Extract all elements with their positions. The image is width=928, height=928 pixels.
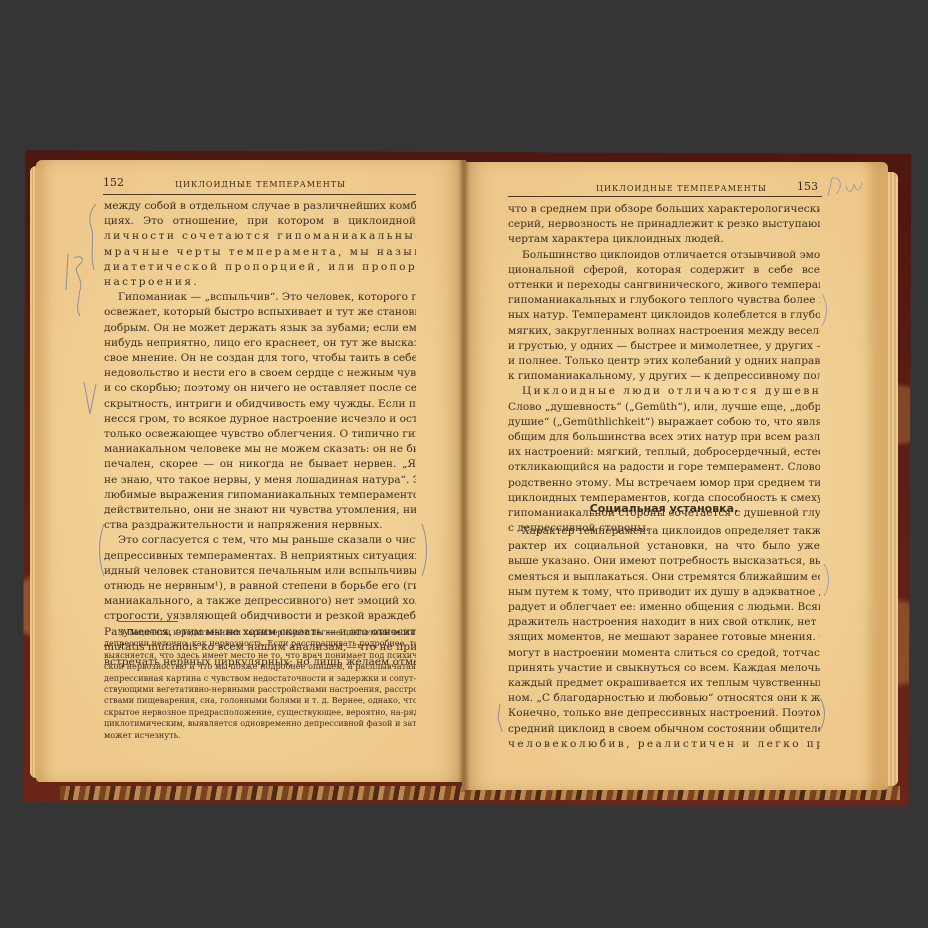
text-line: выше указано. Они имеют потребность выск… bbox=[508, 554, 820, 569]
left-page-number: 152 bbox=[103, 176, 124, 189]
text-line: Характер темперамента циклоидов определя… bbox=[508, 524, 820, 539]
section-heading: Социальная установка. bbox=[508, 502, 820, 515]
text-line: может исчезнуть. bbox=[104, 730, 416, 741]
text-line: между собой в отдельном случае в различн… bbox=[104, 199, 416, 214]
text-line: и грустью, у одних — быстрее и мимолетне… bbox=[508, 339, 820, 354]
text-line: родственно этому. Мы встречаем юмор при … bbox=[508, 476, 820, 491]
text-line: ном. „С благодарностью и любовью“ относя… bbox=[508, 691, 820, 706]
text-line: ской нервозностью и что мы позже подробн… bbox=[104, 661, 416, 672]
text-line: диатетической пропорцией, или пропорцией bbox=[104, 260, 416, 275]
text-line: маниакального, а также депрессивного) не… bbox=[104, 594, 416, 609]
text-line: и со скорбью; поэтому он ничего не остав… bbox=[104, 381, 416, 396]
left-header-rule bbox=[103, 194, 416, 195]
text-line: серий, нервозность не принадлежит к резк… bbox=[508, 217, 820, 232]
left-running-title: ЦИКЛОИДНЫЕ ТЕМПЕРАМЕНТЫ bbox=[175, 180, 346, 189]
text-line: настроения. bbox=[104, 275, 416, 290]
text-line: мягких, закругленных волнах настроения м… bbox=[508, 324, 820, 339]
right-running-title: ЦИКЛОИДНЫЕ ТЕМПЕРАМЕНТЫ bbox=[596, 184, 767, 193]
right-header-rule bbox=[508, 196, 822, 197]
text-line: ствами пищеварения, сна, головными болям… bbox=[104, 695, 416, 706]
text-line: скрытность, интриги и обидчивость ему чу… bbox=[104, 397, 416, 412]
text-line: не знаю, что такое нервы, у меня лошадин… bbox=[104, 473, 416, 488]
right-page-number: 153 bbox=[797, 180, 818, 193]
text-line: средний циклоид в своем обычном состояни… bbox=[508, 722, 820, 737]
text-line: Это согласуется с тем, что мы раньше ска… bbox=[104, 533, 416, 548]
text-line: личности сочетаются гипоманиакальные и bbox=[104, 229, 416, 244]
text-line: каждый предмет окрашивается их теплым чу… bbox=[508, 676, 820, 691]
book-gutter bbox=[458, 160, 470, 792]
right-running-head: ЦИКЛОИДНЫЕ ТЕМПЕРАМЕНТЫ 153 bbox=[508, 180, 818, 193]
text-line: ства раздражительности и напряжения нерв… bbox=[104, 518, 416, 533]
text-line: депрессивная картина с чувством недостат… bbox=[104, 673, 416, 684]
text-line: Циклоидные люди отличаются душевностью. bbox=[508, 384, 820, 399]
text-line: циональной сферой, которая содержит в се… bbox=[508, 263, 820, 278]
right-body-text: что в среднем при обзоре больших характе… bbox=[508, 202, 820, 536]
text-line: Гипоманиак — „вспыльчив“. Это человек, к… bbox=[104, 290, 416, 305]
text-line: зящих моментов, не мешают заранее готовы… bbox=[508, 630, 820, 645]
text-line: идный человек становится печальным или в… bbox=[104, 564, 416, 579]
text-line: любимые выражения гипоманиакальных темпе… bbox=[104, 488, 416, 503]
text-line: их настроений: мягкий, теплый, добросерд… bbox=[508, 445, 820, 460]
text-line: свое мнение. Он не создан для того, чтоб… bbox=[104, 351, 416, 366]
text-line: депрессивных темпераментах. В неприятных… bbox=[104, 549, 416, 564]
text-line: только освежающее чувство облегчения. О … bbox=[104, 427, 416, 442]
text-line: могут в настроении момента слиться со ср… bbox=[508, 646, 820, 661]
text-line: чертам характера циклоидных людей. bbox=[508, 232, 820, 247]
text-line: и полнее. Только центр этих колебаний у … bbox=[508, 354, 820, 369]
text-line: ствующими вегетативно-нервными расстройс… bbox=[104, 684, 416, 695]
text-line: недовольство и нести его в своем сердце … bbox=[104, 366, 416, 381]
text-line: нибудь неприятно, лицо его краснеет, он … bbox=[104, 336, 416, 351]
text-line: смеяться и выплакаться. Они стремятся бл… bbox=[508, 570, 820, 585]
text-line: человеколюбив, реалистичен и легко присп… bbox=[508, 737, 820, 752]
text-line: ных натур. Темперамент циклоидов колебле… bbox=[508, 308, 820, 323]
section-body-text: Характер темперамента циклоидов определя… bbox=[508, 524, 820, 752]
text-line: Слово „душевность“ („Gemüth“), или, лучш… bbox=[508, 400, 820, 415]
text-line: выясняется, что здесь имеет место не то,… bbox=[104, 650, 416, 661]
text-line: скрытое нервозное предрасположение, суще… bbox=[104, 707, 416, 718]
footnote-rule bbox=[118, 621, 178, 622]
text-line: Большинство циклоидов отличается отзывчи… bbox=[508, 248, 820, 263]
text-line: радует и облегчает ее: именно общения с … bbox=[508, 600, 820, 615]
text-line: общим для большинства всех этих натур пр… bbox=[508, 430, 820, 445]
text-line: действительно, они не знают ни чувства у… bbox=[104, 503, 416, 518]
text-line: строгости, уязвляющей обидчивости и резк… bbox=[104, 609, 416, 624]
text-line: циклотимическим, выявляется одновременно… bbox=[104, 718, 416, 729]
text-line: маниакальном человеке мы не можем сказат… bbox=[104, 442, 416, 457]
text-line: печален, скорее — он никогда не бывает н… bbox=[104, 457, 416, 472]
text-line: отнюдь не нервным¹), в равной степени в … bbox=[104, 579, 416, 594]
text-line: рактер их социальной установки, на что б… bbox=[508, 539, 820, 554]
text-line: оттенки и переходы сангвинического, живо… bbox=[508, 278, 820, 293]
text-line: что в среднем при обзоре больших характе… bbox=[508, 202, 820, 217]
text-line: душие“ („Gemüthlichkeit“) выражает собою… bbox=[508, 415, 820, 430]
text-line: мрачные черты темперамента, мы называем bbox=[104, 245, 416, 260]
text-line: к гипоманиакальному, у других — к депрес… bbox=[508, 369, 820, 384]
left-running-head: 152 ЦИКЛОИДНЫЕ ТЕМПЕРАМЕНТЫ bbox=[103, 176, 416, 189]
text-line: откликающийся на радости и горе темперам… bbox=[508, 460, 820, 475]
footnote-text: ¹) Пациенты и родственники характеризуют… bbox=[104, 627, 416, 741]
text-line: несся гром, то всякое дурное настроение … bbox=[104, 412, 416, 427]
text-line: ¹) Пациенты и родственники характеризуют… bbox=[104, 627, 416, 638]
text-line: ным путем к тому, что приводит их душу в… bbox=[508, 585, 820, 600]
text-line: добрым. Он не может держать язык за зуба… bbox=[104, 321, 416, 336]
text-line: принять участие и свыкнуться со всем. Ка… bbox=[508, 661, 820, 676]
text-line: депрессии неточно, как нервозность. Если… bbox=[104, 638, 416, 649]
text-line: Конечно, только вне депрессивных настрое… bbox=[508, 706, 820, 721]
text-line: циях. Это отношение, при котором в цикло… bbox=[104, 214, 416, 229]
text-line: освежает, который быстро вспыхивает и ту… bbox=[104, 305, 416, 320]
text-line: гипоманиакальных и глубокого теплого чув… bbox=[508, 293, 820, 308]
text-line: дражитель настроения находит в них свой … bbox=[508, 615, 820, 630]
left-body-text: между собой в отдельном случае в различн… bbox=[104, 199, 416, 670]
